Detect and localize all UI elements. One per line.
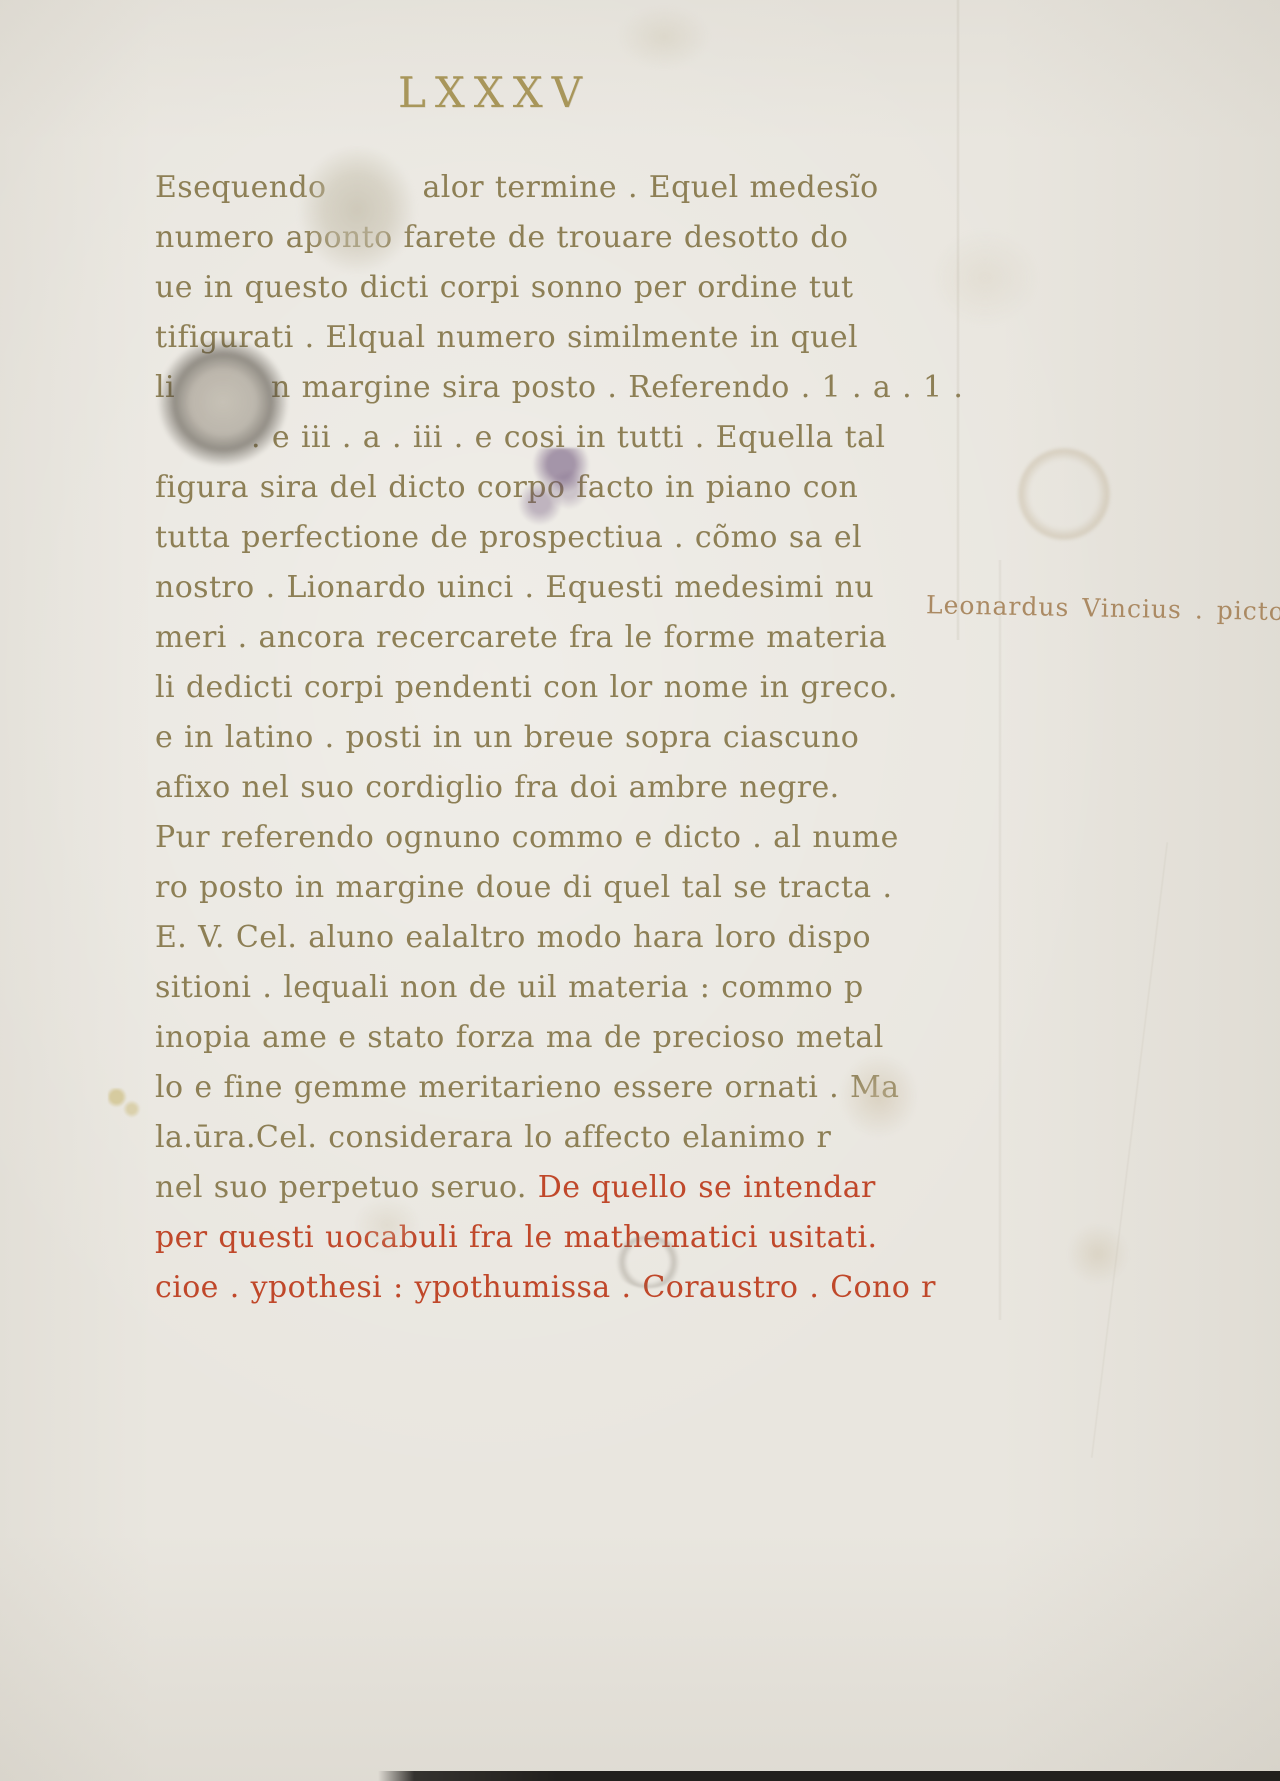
paper-crease (956, 0, 960, 640)
text-line: inopia ame e stato forza ma de precioso … (155, 1013, 820, 1063)
manuscript-page: LXXXV Esequendoalor termine . Equel mede… (0, 0, 1280, 1781)
text-line: la.ūra.Cel. considerara lo affecto elani… (155, 1113, 820, 1163)
text-segment: sitioni . lequali non de uil materia : c… (155, 970, 864, 1005)
paper-crease (998, 560, 1002, 1320)
text-segment: e in latino . posti in un breue sopra ci… (155, 720, 859, 755)
text-segment: meri . ancora recercarete fra le forme m… (155, 620, 887, 655)
paper-crease (1090, 842, 1169, 1458)
text-line: tifigurati . Elqual numero similmente in… (155, 313, 820, 363)
text-line: Esequendoalor termine . Equel medesĩo (155, 163, 820, 213)
text-line: afixo nel suo cordiglio fra doi ambre ne… (155, 763, 820, 813)
text-line: ue in questo dicti corpi sonno per ordin… (155, 263, 820, 313)
text-segment: cioe . ypothesi : ypothumissa . Coraustr… (155, 1270, 936, 1305)
text-line: numero aponto farete de trouare desotto … (155, 213, 820, 263)
text-segment: li (155, 370, 175, 405)
text-line: li dedicti corpi pendenti con lor nome i… (155, 663, 820, 713)
text-segment: De quello se intendar (538, 1170, 876, 1205)
text-line: E. V. Cel. aluno ealaltro modo hara loro… (155, 913, 820, 963)
text-segment: li dedicti corpi pendenti con lor nome i… (155, 670, 898, 705)
text-segment: . e iii . a . iii . e cosi in tutti . Eq… (251, 420, 885, 455)
text-line: sitioni . lequali non de uil materia : c… (155, 963, 820, 1013)
text-segment: numero aponto farete de trouare desotto … (155, 220, 848, 255)
manuscript-text-block: Esequendoalor termine . Equel medesĩonum… (155, 163, 820, 1313)
text-line: per questi uocabuli fra le mathematici u… (155, 1213, 820, 1263)
text-segment: nel suo perpetuo seruo. (155, 1170, 538, 1205)
text-segment: tifigurati . Elqual numero similmente in… (155, 320, 858, 355)
text-line: nostro . Lionardo uinci . Equesti medesi… (155, 563, 820, 613)
text-line: nel suo perpetuo seruo. De quello se int… (155, 1163, 820, 1213)
text-line: lo e fine gemme meritarieno essere ornat… (155, 1063, 820, 1113)
stain-ring-right (1018, 448, 1110, 540)
text-segment: tutta perfectione de prospectiua . cõmo … (155, 520, 862, 555)
margin-note-leonardus: Leonardus Vincius . pictor . (926, 590, 1280, 627)
stain-yellow-dots (108, 1088, 142, 1118)
text-segment: n margine sira posto . Referendo . 1 . a… (271, 370, 963, 405)
text-segment: la.ūra.Cel. considerara lo affecto elani… (155, 1120, 831, 1155)
text-segment: afixo nel suo cordiglio fra doi ambre ne… (155, 770, 840, 805)
text-segment: Pur referendo ognuno commo e dicto . al … (155, 820, 899, 855)
stain-top-center (616, 4, 712, 70)
text-line: e in latino . posti in un breue sopra ci… (155, 713, 820, 763)
text-segment: figura sira del dicto corpo facto in pia… (155, 470, 858, 505)
text-line: Pur referendo ognuno commo e dicto . al … (155, 813, 820, 863)
text-segment: Esequendo (155, 170, 327, 205)
text-line: lin margine sira posto . Referendo . 1 .… (155, 363, 820, 413)
stain-faint-bottom-right (1066, 1222, 1130, 1286)
text-line: meri . ancora recercarete fra le forme m… (155, 613, 820, 663)
text-segment: ro posto in margine doue di quel tal se … (155, 870, 892, 905)
text-line: cioe . ypothesi : ypothumissa . Coraustr… (155, 1263, 820, 1313)
stain-faint-upper-right (930, 228, 1040, 328)
text-segment: lo e fine gemme meritarieno essere ornat… (155, 1070, 899, 1105)
text-segment: per questi uocabuli fra le mathematici u… (155, 1220, 877, 1255)
folio-number: LXXXV (398, 68, 591, 117)
text-line: ro posto in margine doue di quel tal se … (155, 863, 820, 913)
text-segment: ue in questo dicti corpi sonno per ordin… (155, 270, 854, 305)
text-segment: E. V. Cel. aluno ealaltro modo hara loro… (155, 920, 871, 955)
text-line: . e iii . a . iii . e cosi in tutti . Eq… (155, 413, 820, 463)
text-segment: nostro . Lionardo uinci . Equesti medesi… (155, 570, 874, 605)
text-segment: alor termine . Equel medesĩo (423, 170, 879, 205)
text-segment: inopia ame e stato forza ma de precioso … (155, 1020, 884, 1055)
photo-edge-shadow (378, 1771, 1280, 1781)
text-line: tutta perfectione de prospectiua . cõmo … (155, 513, 820, 563)
text-line: figura sira del dicto corpo facto in pia… (155, 463, 820, 513)
